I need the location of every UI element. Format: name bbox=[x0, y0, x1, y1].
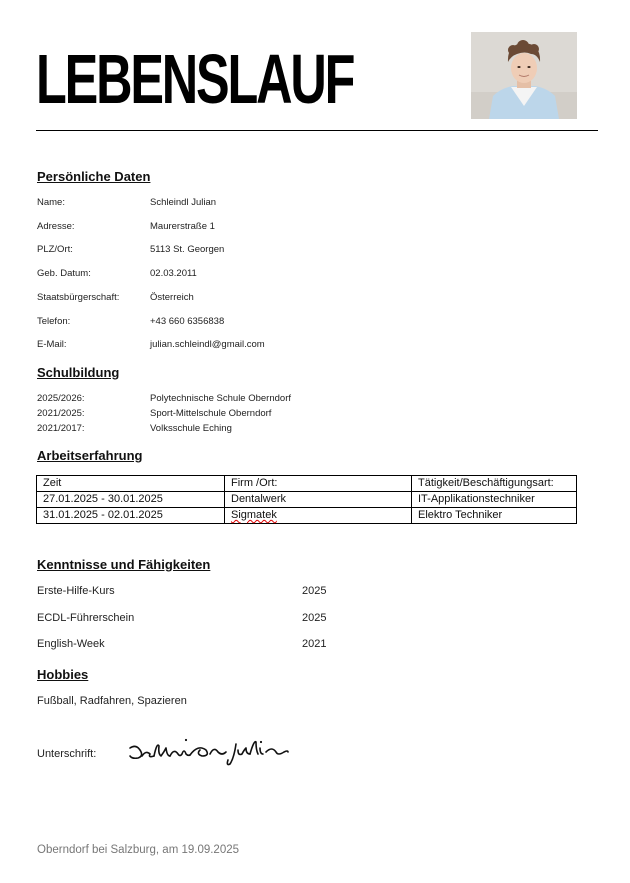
portrait-photo bbox=[471, 32, 577, 119]
section-heading-hobbies: Hobbies bbox=[37, 667, 88, 682]
field-label: Staatsbürgerschaft: bbox=[37, 292, 119, 303]
field-label: E-Mail: bbox=[37, 339, 67, 350]
hobbies-text: Fußball, Radfahren, Spazieren bbox=[37, 695, 187, 707]
place-and-date: Oberndorf bei Salzburg, am 19.09.2025 bbox=[37, 844, 239, 856]
document-title: LEBENSLAUF bbox=[36, 44, 353, 114]
skill-name: English-Week bbox=[37, 638, 105, 650]
table-row: 27.01.2025 - 30.01.2025 Dentalwerk IT-Ap… bbox=[37, 492, 577, 508]
field-value: Schleindl Julian bbox=[150, 197, 216, 208]
column-header-activity: Tätigkeit/Beschäftigungsart: bbox=[412, 476, 577, 492]
work-activity: IT-Applikationstechniker bbox=[412, 492, 577, 508]
handwritten-signature-icon bbox=[126, 734, 296, 770]
skill-year: 2025 bbox=[302, 612, 326, 624]
section-heading-personal: Persönliche Daten bbox=[37, 169, 150, 184]
section-heading-education: Schulbildung bbox=[37, 365, 119, 380]
field-label: PLZ/Ort: bbox=[37, 244, 73, 255]
field-label: Adresse: bbox=[37, 221, 75, 232]
table-row: 31.01.2025 - 02.01.2025 Sigmatek Elektro… bbox=[37, 508, 577, 524]
education-period: 2021/2017: bbox=[37, 423, 85, 434]
column-header-zeit: Zeit bbox=[37, 476, 225, 492]
work-company: Dentalwerk bbox=[225, 492, 412, 508]
field-label: Name: bbox=[37, 197, 65, 208]
work-period: 27.01.2025 - 30.01.2025 bbox=[37, 492, 225, 508]
education-school: Sport-Mittelschule Oberndorf bbox=[150, 408, 271, 419]
header-divider bbox=[36, 130, 598, 131]
field-label: Geb. Datum: bbox=[37, 268, 91, 279]
education-school: Polytechnische Schule Oberndorf bbox=[150, 393, 291, 404]
field-value: julian.schleindl@gmail.com bbox=[150, 339, 265, 350]
work-experience-table: Zeit Firm /Ort: Tätigkeit/Beschäftigungs… bbox=[36, 475, 577, 524]
signature-label: Unterschrift: bbox=[37, 748, 96, 760]
portrait-image bbox=[471, 32, 577, 119]
skill-year: 2025 bbox=[302, 585, 326, 597]
work-company: Sigmatek bbox=[225, 508, 412, 524]
education-period: 2021/2025: bbox=[37, 408, 85, 419]
field-value: 02.03.2011 bbox=[150, 268, 197, 279]
field-value: Österreich bbox=[150, 292, 194, 303]
column-header-firm: Firm /Ort: bbox=[225, 476, 412, 492]
skill-name: ECDL-Führerschein bbox=[37, 612, 134, 624]
section-heading-skills: Kenntnisse und Fähigkeiten bbox=[37, 557, 210, 572]
work-period: 31.01.2025 - 02.01.2025 bbox=[37, 508, 225, 524]
skill-name: Erste-Hilfe-Kurs bbox=[37, 585, 115, 597]
section-heading-work: Arbeitserfahrung bbox=[37, 448, 142, 463]
skill-year: 2021 bbox=[302, 638, 326, 650]
field-value: Maurerstraße 1 bbox=[150, 221, 215, 232]
field-value: 5113 St. Georgen bbox=[150, 244, 224, 255]
education-school: Volksschule Eching bbox=[150, 423, 232, 434]
signature-image bbox=[126, 734, 296, 775]
field-label: Telefon: bbox=[37, 316, 70, 327]
table-header-row: Zeit Firm /Ort: Tätigkeit/Beschäftigungs… bbox=[37, 476, 577, 492]
education-period: 2025/2026: bbox=[37, 393, 85, 404]
misspelled-word: Sigmatek bbox=[231, 509, 277, 521]
work-activity: Elektro Techniker bbox=[412, 508, 577, 524]
field-value: +43 660 6356838 bbox=[150, 316, 224, 327]
